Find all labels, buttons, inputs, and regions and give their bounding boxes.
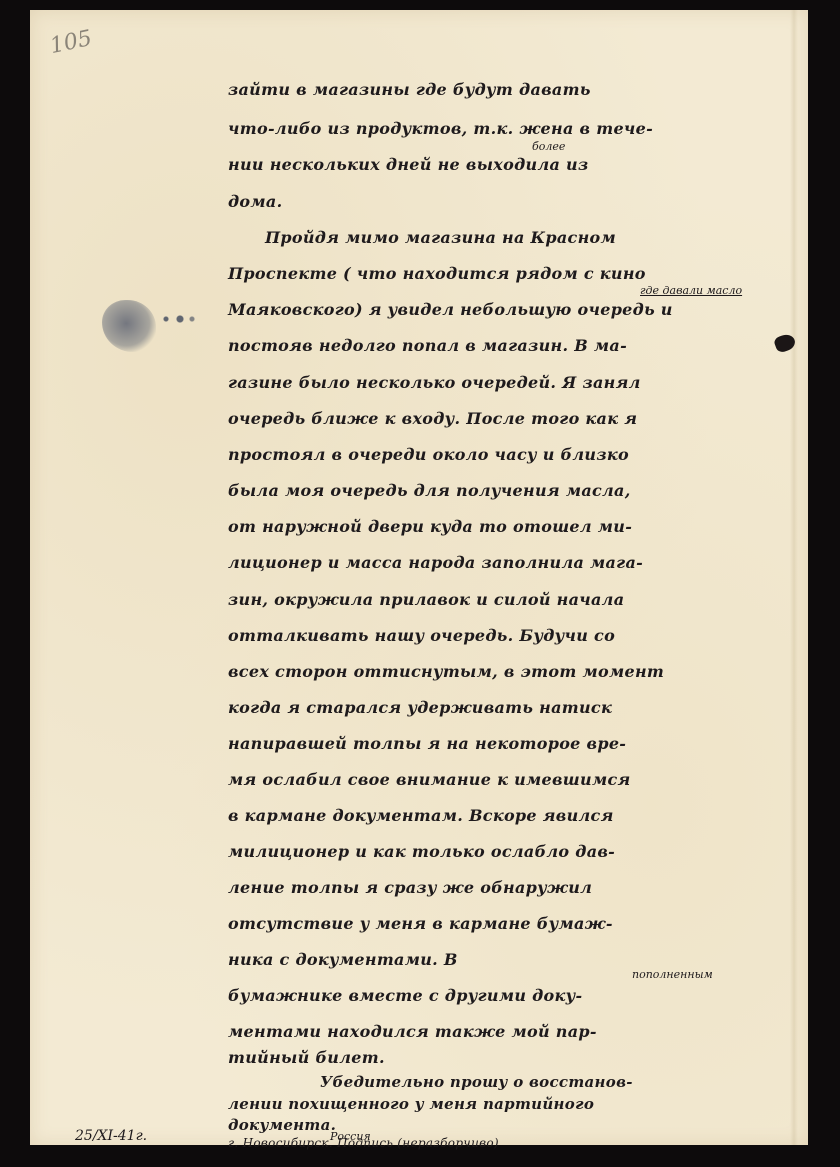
- document-page: 105 зайти в магазины где будут давать чт…: [30, 10, 808, 1145]
- margin-date-note: 25/XI-41г.: [75, 1128, 147, 1144]
- text-line: простоял в очереди около часу и близко: [228, 447, 629, 463]
- text-line: тийный билет.: [228, 1050, 385, 1066]
- text-line: Проспекте ( что находится рядом с кино: [228, 266, 646, 282]
- text-line: лении похищенного у меня партийного: [228, 1097, 594, 1112]
- text-line: документа.: [228, 1118, 336, 1133]
- signature-line: г. Новосибирск. Подпись (неразборчиво): [228, 1137, 499, 1149]
- text-line: отталкивать нашу очередь. Будучи со: [228, 628, 615, 644]
- text-line: нии нескольких дней не выходила из: [228, 157, 588, 173]
- ink-spatter: [158, 315, 198, 323]
- text-line: в кармане документам. Вскоре явился: [228, 808, 614, 824]
- text-line: Убедительно прошу о восстанов-: [320, 1075, 633, 1090]
- text-line: мя ослабил свое внимание к имевшимся: [228, 772, 631, 788]
- text-line: очередь ближе к входу. После того как я: [228, 411, 637, 427]
- text-line: всех сторон оттиснутым, в этот момент: [228, 664, 664, 680]
- text-line: газине было несколько очередей. Я занял: [228, 375, 641, 391]
- insertion: пополненным: [632, 968, 713, 981]
- text-line: ментами находился также мой пар-: [228, 1024, 597, 1040]
- text-line: постояв недолго попал в магазин. В ма-: [228, 338, 627, 354]
- text-line: напиравшей толпы я на некоторое вре-: [228, 736, 626, 752]
- paper-fold: [790, 10, 798, 1145]
- text-line: зин, окружила прилавок и силой начала: [228, 592, 624, 608]
- text-line: Пройдя мимо магазина на Красном: [265, 230, 616, 246]
- insertion: более: [532, 140, 565, 153]
- text-line: отсутствие у меня в кармане бумаж-: [228, 916, 613, 932]
- text-line: бумажнике вместе с другими доку-: [228, 988, 582, 1004]
- insertion: где давали масло: [640, 284, 742, 297]
- text-line: дома.: [228, 194, 282, 210]
- text-line: Маяковского) я увидел небольшую очередь …: [228, 302, 673, 318]
- text-line: от наружной двери куда то отошел ми-: [228, 519, 632, 535]
- text-line: милиционер и как только ослабло дав-: [228, 844, 615, 860]
- text-line: ление толпы я сразу же обнаружил: [228, 880, 592, 896]
- text-line: что-либо из продуктов, т.к. жена в тече-: [228, 121, 653, 137]
- text-line: была моя очередь для получения масла,: [228, 483, 631, 499]
- text-line: лиционер и масса народа заполнила мага-: [228, 555, 643, 571]
- text-line: когда я старался удерживать натиск: [228, 700, 612, 716]
- ink-stain: [102, 300, 156, 352]
- text-line: ника с документами. В: [228, 952, 458, 968]
- folio-number: 105: [48, 26, 94, 59]
- text-line: зайти в магазины где будут давать: [228, 82, 591, 98]
